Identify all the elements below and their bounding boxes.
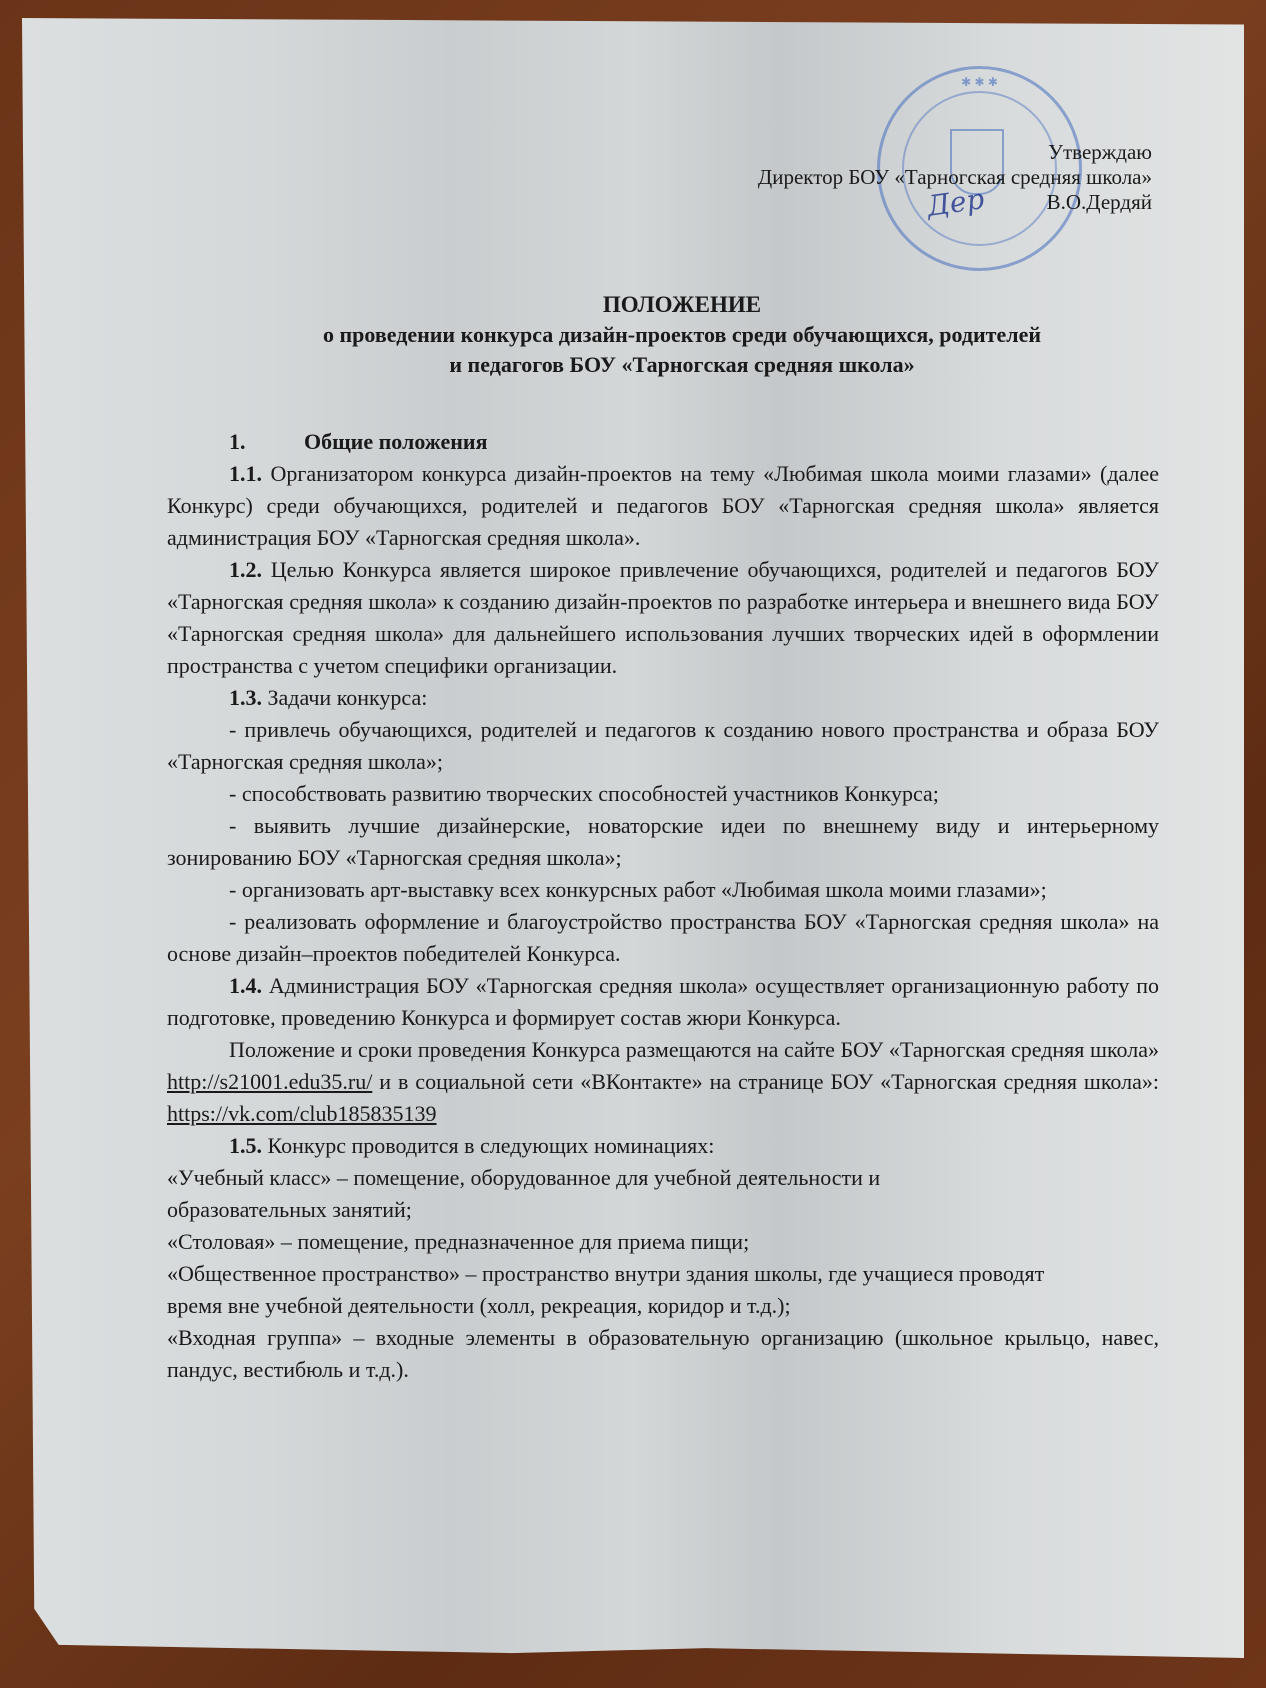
paragraph-number: 1.4. [229,973,262,998]
paragraph-1-1: 1.1. Организатором конкурса дизайн-проек… [167,458,1159,554]
document-body: 1.Общие положения 1.1. Организатором кон… [167,426,1159,1386]
paragraph-1-5: 1.5. Конкурс проводится в следующих номи… [167,1130,1159,1162]
section-heading: 1.Общие положения [229,426,1159,458]
task-item: - организовать арт-выставку всех конкурс… [167,874,1159,906]
task-item: - способствовать развитию творческих спо… [167,778,1159,810]
title-subtitle-line1: о проведении конкурса дизайн-проектов ср… [172,320,1192,350]
paragraph-1-2: 1.2. Целью Конкурса является широкое при… [167,554,1159,682]
task-item: - реализовать оформление и благоустройст… [167,906,1159,970]
section-number: 1. [229,426,304,458]
task-item: - выявить лучшие дизайнерские, новаторск… [167,810,1159,874]
task-item: - привлечь обучающихся, родителей и педа… [167,714,1159,778]
paragraph-number: 1.5. [229,1133,262,1158]
approval-name: В.О.Дердяй [758,190,1152,215]
paragraph-text: Задачи конкурса: [262,685,427,710]
document-page: ✱ ✱ ✱ Дер Утверждаю Директор БОУ «Тарног… [22,18,1244,1658]
publication-text: Положение и сроки проведения Конкурса ра… [229,1037,1159,1062]
paragraph-number: 1.1. [229,461,262,486]
paragraph-text: Конкурс проводится в следующих номинация… [262,1133,714,1158]
title-subtitle-line2: и педагогов БОУ «Тарногская средняя школ… [172,350,1192,380]
paragraph-text: Администрация БОУ «Тарногская средняя шк… [167,973,1159,1030]
title-heading: ПОЛОЖЕНИЕ [172,290,1192,320]
paragraph-1-4: 1.4. Администрация БОУ «Тарногская средн… [167,970,1159,1034]
publication-text: и в социальной сети «ВКонтакте» на стран… [372,1069,1159,1094]
approval-block: Утверждаю Директор БОУ «Тарногская средн… [758,140,1152,215]
paragraph-number: 1.3. [229,685,262,710]
nomination-item: «Учебный класс» – помещение, оборудованн… [167,1162,1159,1226]
school-site-link[interactable]: http://s21001.edu35.ru/ [167,1069,372,1094]
paragraph-text: Целью Конкурса является широкое привлече… [167,557,1159,678]
section-title: Общие положения [304,429,488,454]
paragraph-1-3: 1.3. Задачи конкурса: [167,682,1159,714]
stamp-text: ✱ ✱ ✱ [880,75,1079,89]
approval-label: Утверждаю [758,140,1152,165]
paragraph-text: Организатором конкурса дизайн-проектов н… [167,461,1159,550]
approval-position: Директор БОУ «Тарногская средняя школа» [758,165,1152,190]
publication-paragraph: Положение и сроки проведения Конкурса ра… [167,1034,1159,1130]
vk-group-link[interactable]: https://vk.com/club185835139 [167,1101,437,1126]
nomination-item: «Входная группа» – входные элементы в об… [167,1322,1159,1386]
document-title: ПОЛОЖЕНИЕ о проведении конкурса дизайн-п… [172,290,1192,380]
nomination-item: «Столовая» – помещение, предназначенное … [167,1226,1159,1258]
nomination-item: «Общественное пространство» – пространст… [167,1258,1159,1322]
paragraph-number: 1.2. [229,557,262,582]
